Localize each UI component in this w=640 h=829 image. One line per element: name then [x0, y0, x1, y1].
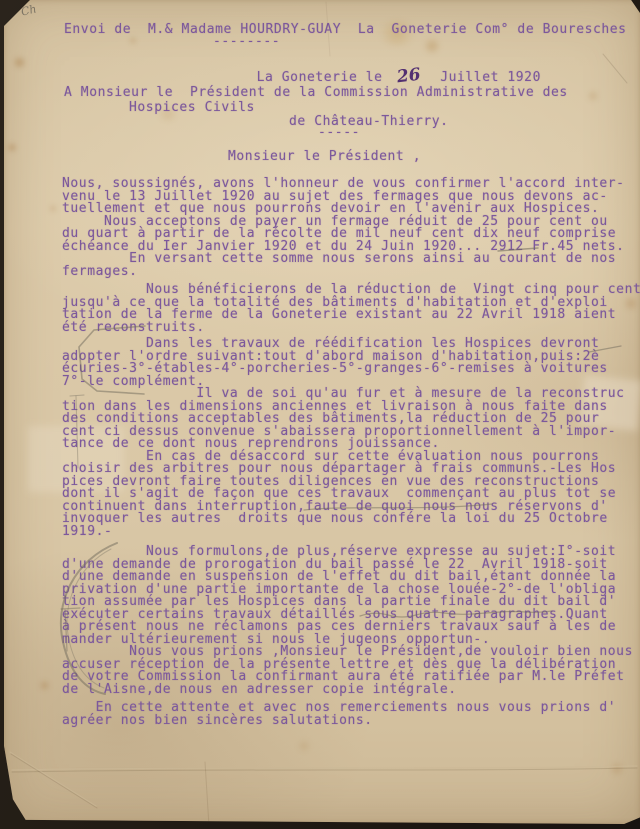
stain [586, 90, 600, 102]
paragraph: Nous formulons,de plus,réserve expresse … [62, 546, 640, 646]
paragraph: Nous acceptons de payer un fermage rédui… [62, 216, 640, 254]
letter-line: de l'Aisne,de nous en adresser copie int… [62, 684, 640, 697]
stain [12, 56, 27, 69]
stain [6, 142, 18, 153]
paragraph: Nous bénéficierons de la réduction de Vi… [62, 284, 640, 334]
paragraph: En cette attente et avec nos remerciemen… [62, 702, 640, 727]
pencil-corner-mark: Ch [20, 2, 38, 18]
recipient-underline: ----- [318, 127, 360, 140]
paper-sheet: Ch Envoi de M.& Madame HOURDRY-GUAY La G… [4, 0, 640, 824]
letter-line: 1919.- [62, 526, 640, 539]
stain [48, 204, 58, 213]
recipient-line-2: Hospices Civils [129, 102, 255, 115]
handwritten-day: 26 [396, 68, 421, 83]
letter-line: agréer nos bien sincères salutations. [62, 715, 640, 728]
paragraph: Il va de soi qu'au fur et à mesure de la… [62, 388, 640, 451]
dateline-suffix: Juillet 1920 [440, 70, 541, 85]
letter-line: fermages. [62, 266, 640, 279]
dateline-prefix: La Goneterie le [257, 70, 383, 85]
stain [296, 740, 312, 752]
stain [38, 680, 51, 691]
stain [128, 36, 138, 45]
letter-body: Nous, soussignés, avons l'honneur de vou… [62, 178, 640, 727]
recipient-line-1: A Monsieur le Président de la Commission… [64, 87, 568, 100]
recipient-line-3: de Château-Thierry. [289, 116, 449, 129]
salutation: Monsieur le Président , [228, 151, 421, 164]
paragraph: En cas de désaccord sur cette évaluation… [62, 451, 640, 539]
stain [422, 38, 442, 54]
stain [608, 762, 626, 776]
paragraph: En versant cette somme nous serons ainsi… [62, 253, 640, 278]
paragraph: Dans les travaux de réédification les Ho… [62, 338, 640, 388]
letter-header: Envoi de M.& Madame HOURDRY-GUAY La Gone… [64, 24, 627, 37]
paragraph: Nous, soussignés, avons l'honneur de vou… [62, 178, 640, 216]
letter-line: été reconstruits. [62, 322, 640, 335]
letter-line: En versant cette somme nous serons ainsi… [62, 253, 640, 266]
paragraph: Nous vous prions ,Monsieur le Président,… [62, 646, 640, 696]
letter-line: invoquer les autres droits que nous conf… [62, 513, 640, 526]
header-underline: -------- [213, 36, 280, 49]
